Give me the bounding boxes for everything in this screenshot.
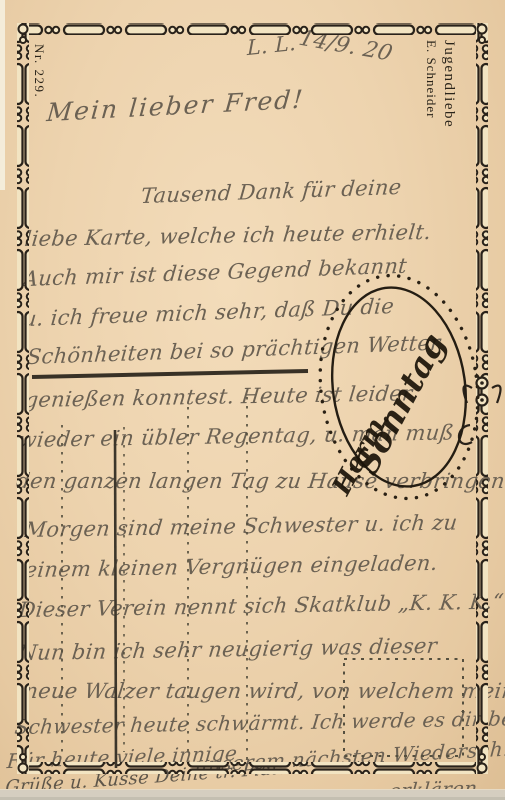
handwriting-line-11: Dieser Verein nennt sich Skatklub „K. K.… <box>17 590 504 623</box>
postcard: Nr. 229. Jugendliebe E. Schneider L. L. … <box>0 0 505 800</box>
handwriting-line-5: Schönheiten bei so prächtigen Wetter <box>26 331 442 370</box>
series-number: Nr. 229. <box>31 44 47 98</box>
handwriting-line-9: Morgen sind meine Schwester u. ich zu <box>23 510 458 542</box>
handwriting-date-place: L. L. <box>247 31 296 60</box>
handwriting-line-6: genießen konntest. Heute ist leider <box>23 381 413 412</box>
handwriting-date-value: 14/9. 20 <box>296 26 395 66</box>
card-artist: E. Schneider <box>423 40 440 128</box>
flower-ornament <box>459 378 501 445</box>
handwriting-line-14: Schwester heute schwärmt. Ich werde es d… <box>13 706 505 739</box>
scan-edge-left <box>0 0 5 190</box>
handwriting-line-2: liebe Karte, welche ich heute erhielt. <box>23 220 432 251</box>
underline-stroke <box>32 371 308 377</box>
handwriting-line-3: Auch mir ist diese Gegend bekannt <box>22 254 408 292</box>
handwriting-line-13: neue Walzer taugen wird, von welchem mei… <box>23 679 505 703</box>
handwriting-salutation: Mein lieber Fred! <box>45 84 305 127</box>
handwriting-line-12: Nun bin ich sehr neugierig was dieser <box>17 634 438 665</box>
handwriting-line-4: u. ich freue mich sehr, daß Du die <box>22 294 395 331</box>
handwriting-line-8: den ganzen langen Tag zu Hause verbringe… <box>15 469 505 493</box>
card-title: Jugendliebe <box>440 40 457 128</box>
handwriting-line-10: einem kleinen Vergnügen eingeladen. <box>23 551 439 582</box>
handwriting-line-1: Tausend Dank für deine <box>140 175 403 208</box>
title-block: Jugendliebe E. Schneider <box>423 40 457 128</box>
